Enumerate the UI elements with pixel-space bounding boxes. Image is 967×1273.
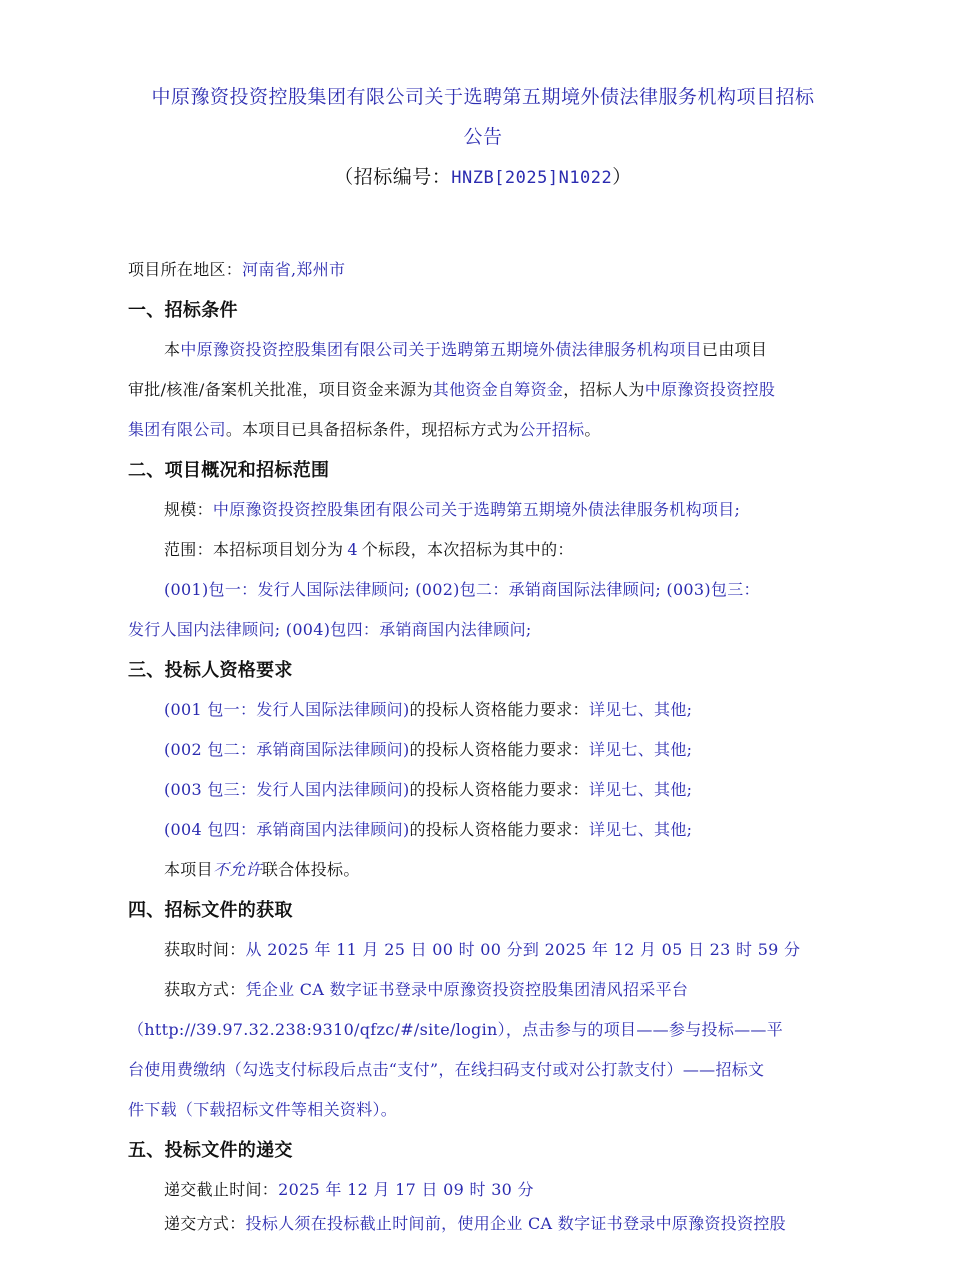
lot-count: 4	[347, 540, 357, 559]
tender-code: （招标编号：HNZB[2025]N1022）	[128, 162, 838, 189]
lot-name: (003 包三：发行人国内法律顾问)	[164, 780, 410, 799]
text: 本项目	[164, 860, 213, 879]
section-2-heading: 二、项目概况和招标范围	[128, 456, 840, 482]
consortium-status: 不允许	[213, 860, 262, 879]
text: 。本项目已具备招标条件，现招标方式为	[226, 420, 519, 439]
lots-line1: (001)包一：发行人国际法律顾问; (002)包二：承销商国际法律顾问; (0…	[164, 577, 840, 600]
text: 。	[584, 420, 600, 439]
tenderer-name: 中原豫资投资控股	[645, 380, 775, 399]
text: ，招标人为	[563, 380, 645, 399]
qualification-item: (004 包四：承销商国内法律顾问)的投标人资格能力要求：详见七、其他;	[164, 817, 840, 840]
fund-source: 其他资金自筹资金	[433, 380, 563, 399]
tender-method: 公开招标	[519, 420, 584, 439]
acquisition-method-line3: 台使用费缴纳（勾选支付标段后点击“支付”，在线扫码支付或对公打款支付）——招标文	[128, 1057, 840, 1080]
project-scale: 规模：中原豫资投资控股集团有限公司关于选聘第五期境外债法律服务机构项目;	[164, 497, 840, 520]
text: 联合体投标。	[262, 860, 360, 879]
acquisition-time: 获取时间：从 2025 年 11 月 25 日 00 时 00 分到 2025 …	[164, 937, 840, 960]
section-4-heading: 四、招标文件的获取	[128, 896, 840, 922]
text: 个标段，本次招标为其中的：	[362, 540, 574, 559]
text: 已由项目	[702, 340, 767, 359]
submission-deadline: 递交截止时间：2025 年 12 月 17 日 09 时 30 分	[164, 1177, 840, 1200]
tender-code-prefix: （招标编号：	[334, 166, 451, 188]
text: 范围：本招标项目划分为	[164, 540, 343, 559]
region-label: 项目所在地区：	[128, 260, 242, 279]
section-1-para-line3: 集团有限公司。本项目已具备招标条件，现招标方式为公开招标。	[128, 417, 840, 440]
qualification-ref: 详见七、其他;	[589, 820, 693, 839]
tenderer-name-cont: 集团有限公司	[128, 420, 226, 439]
method-label: 获取方式：	[164, 980, 246, 999]
deadline-value: 2025 年 12 月 17 日 09 时 30 分	[278, 1180, 534, 1199]
time-label: 获取时间：	[164, 940, 246, 959]
section-1-para-line1: 本中原豫资投资控股集团有限公司关于选聘第五期境外债法律服务机构项目已由项目	[164, 337, 840, 360]
lot-name: (002 包二：承销商国际法律顾问)	[164, 740, 410, 759]
qualification-ref: 详见七、其他;	[589, 700, 693, 719]
scale-label: 规模：	[164, 500, 213, 519]
scale-value: 中原豫资投资控股集团有限公司关于选聘第五期境外债法律服务机构项目;	[213, 500, 740, 519]
method-label: 递交方式：	[164, 1214, 246, 1233]
project-range: 范围：本招标项目划分为4个标段，本次招标为其中的：	[164, 537, 840, 560]
text: 本	[164, 340, 180, 359]
tender-code-value: HNZB[2025]N1022	[451, 168, 612, 188]
section-5-heading: 五、投标文件的递交	[128, 1136, 840, 1162]
lots-line2: 发行人国内法律顾问; (004)包四：承销商国内法律顾问;	[128, 617, 840, 640]
text: 的投标人资格能力要求：	[410, 780, 589, 799]
text: 的投标人资格能力要求：	[410, 740, 589, 759]
acquisition-method-line2: （http://39.97.32.238:9310/qfzc/#/site/lo…	[128, 1017, 840, 1040]
lot-name: (001 包一：发行人国际法律顾问)	[164, 700, 410, 719]
tender-code-suffix: ）	[612, 166, 632, 188]
section-1-para-line2: 审批/核准/备案机关批准，项目资金来源为其他资金自筹资金，招标人为中原豫资投资控…	[128, 377, 840, 400]
text: 的投标人资格能力要求：	[410, 820, 589, 839]
section-1-heading: 一、招标条件	[128, 296, 840, 322]
acquisition-method-line1: 获取方式：凭企业 CA 数字证书登录中原豫资投资控股集团清风招采平台	[164, 977, 840, 1000]
document-title: 中原豫资投资控股集团有限公司关于选聘第五期境外债法律服务机构项目招标	[128, 82, 838, 109]
section-3-heading: 三、投标人资格要求	[128, 656, 840, 682]
qualification-ref: 详见七、其他;	[589, 780, 693, 799]
qualification-ref: 详见七、其他;	[589, 740, 693, 759]
method-value: 投标人须在投标截止时间前，使用企业 CA 数字证书登录中原豫资投资控股	[246, 1214, 786, 1233]
qualification-item: (002 包二：承销商国际法律顾问)的投标人资格能力要求：详见七、其他;	[164, 737, 840, 760]
deadline-label: 递交截止时间：	[164, 1180, 278, 1199]
submission-method: 递交方式：投标人须在投标截止时间前，使用企业 CA 数字证书登录中原豫资投资控股	[164, 1211, 840, 1234]
project-region: 项目所在地区：河南省,郑州市	[128, 257, 840, 280]
document-title-cont: 公告	[128, 122, 838, 149]
region-value: 河南省,郑州市	[242, 260, 345, 279]
lot-name: (004 包四：承销商国内法律顾问)	[164, 820, 410, 839]
acquisition-method-line4: 件下载（下载招标文件等相关资料）。	[128, 1097, 840, 1120]
project-name: 中原豫资投资控股集团有限公司关于选聘第五期境外债法律服务机构项目	[180, 340, 702, 359]
time-value: 从 2025 年 11 月 25 日 00 时 00 分到 2025 年 12 …	[246, 940, 801, 959]
consortium-note: 本项目不允许联合体投标。	[164, 857, 840, 880]
announcement-page: 中原豫资投资控股集团有限公司关于选聘第五期境外债法律服务机构项目招标 公告 （招…	[0, 0, 967, 1273]
qualification-item: (001 包一：发行人国际法律顾问)的投标人资格能力要求：详见七、其他;	[164, 697, 840, 720]
text: 的投标人资格能力要求：	[410, 700, 589, 719]
method-value: 凭企业 CA 数字证书登录中原豫资投资控股集团清风招采平台	[246, 980, 689, 999]
text: 审批/核准/备案机关批准，项目资金来源为	[128, 380, 433, 399]
qualification-item: (003 包三：发行人国内法律顾问)的投标人资格能力要求：详见七、其他;	[164, 777, 840, 800]
